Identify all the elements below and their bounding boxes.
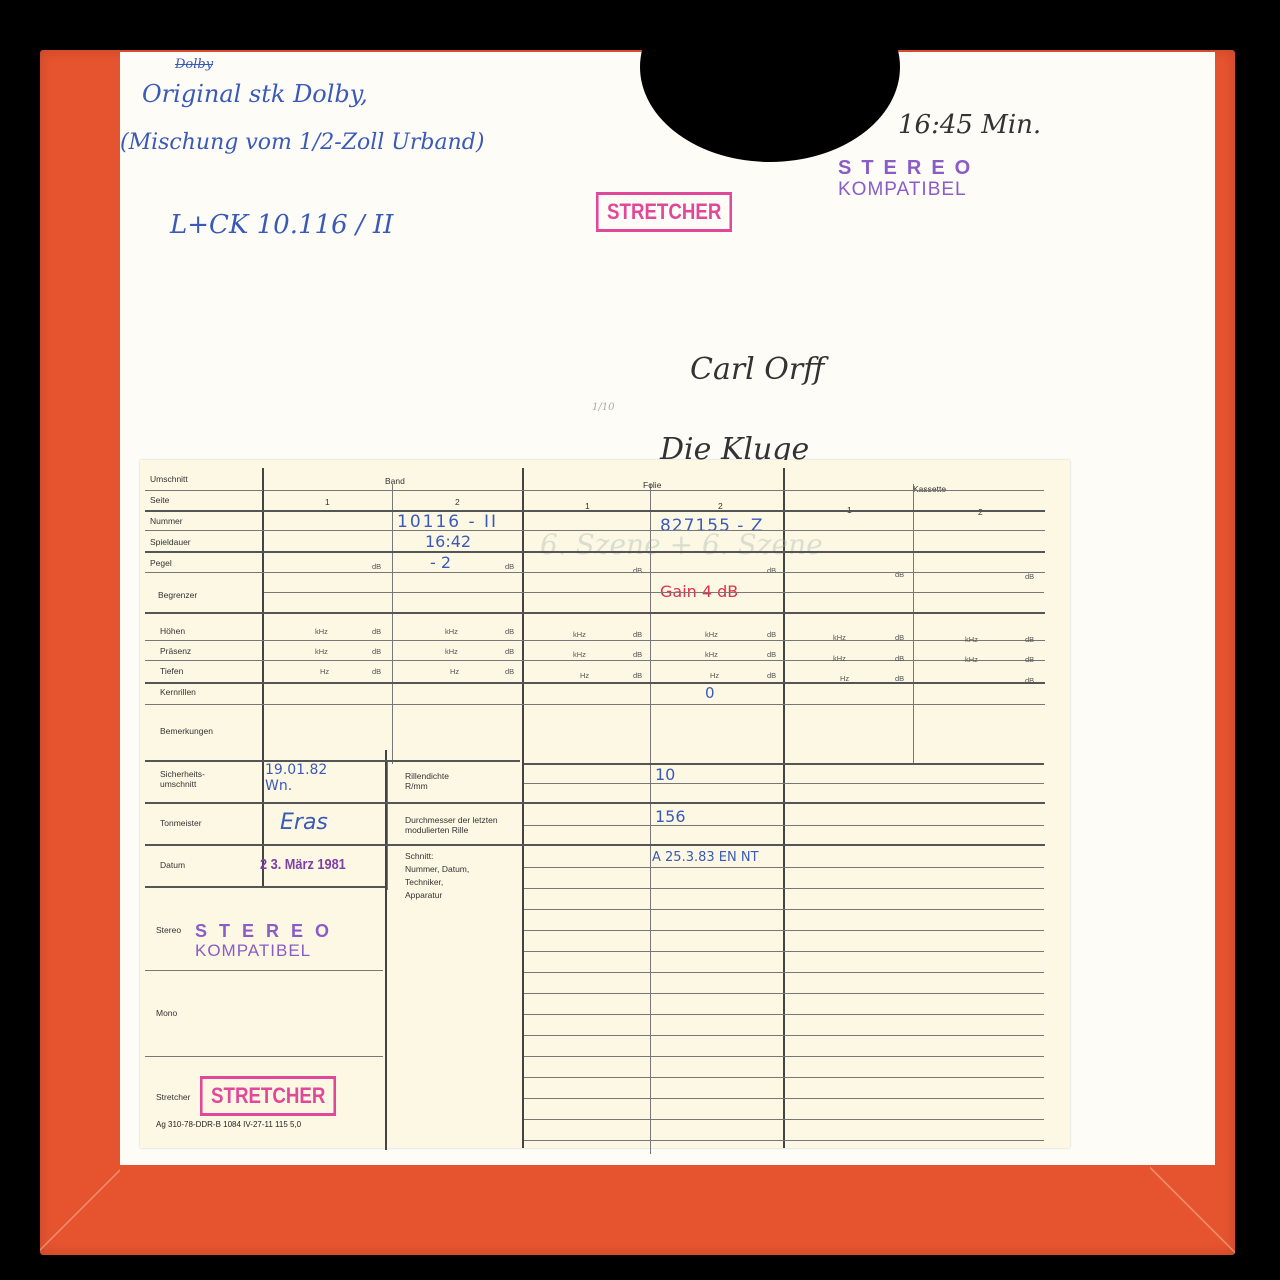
label-schnitt: Schnitt: Nummer, Datum, Techniker, Appar… <box>405 850 469 902</box>
unit-db: dB <box>767 630 776 639</box>
sicherheit-value: 19.01.82 Wn. <box>265 762 327 794</box>
unit-db: dB <box>505 562 514 571</box>
label-stretcher: Stretcher <box>156 1092 191 1102</box>
unit-db: dB <box>895 674 904 683</box>
stereo-kompatibel-stamp: STEREO KOMPATIBEL <box>838 158 980 199</box>
unit-khz: kHz <box>965 655 978 664</box>
kassette-side-2: 2 <box>978 507 983 517</box>
unit-hz: Hz <box>580 671 589 680</box>
label-begrenzer: Begrenzer <box>158 590 197 600</box>
unit-khz: kHz <box>445 647 458 656</box>
unit-db: dB <box>1025 572 1034 581</box>
unit-khz: kHz <box>833 654 846 663</box>
stamp-stereo: STEREO <box>195 922 341 940</box>
unit-db: dB <box>505 627 514 636</box>
recording-form: Umschnitt Band Folie Kassette Seite 1 2 … <box>140 460 1070 1148</box>
band2-spieldauer: 16:42 <box>425 532 471 551</box>
finger-cutout <box>640 0 900 162</box>
folie2-kernrillen: 0 <box>705 684 715 702</box>
label-datum: Datum <box>160 860 185 870</box>
unit-db: dB <box>895 633 904 642</box>
label-seite: Seite <box>150 495 169 505</box>
form-stereo-kompatibel-stamp: STEREO KOMPATIBEL <box>195 922 341 959</box>
stretcher-stamp: STRETCHER <box>596 192 732 232</box>
struck-word: Dolby <box>175 57 213 72</box>
label-kernrillen: Kernrillen <box>160 687 196 697</box>
rillendichte-value: 10 <box>655 765 675 784</box>
unit-db: dB <box>895 654 904 663</box>
unit-db: dB <box>633 566 642 575</box>
unit-khz: kHz <box>705 650 718 659</box>
band-side-1: 1 <box>325 497 330 507</box>
label-tonmeister: Tonmeister <box>160 818 202 828</box>
unit-db: dB <box>633 671 642 680</box>
unit-db: dB <box>372 562 381 571</box>
unit-khz: kHz <box>573 630 586 639</box>
label-nummer: Nummer <box>150 516 183 526</box>
unit-db: dB <box>1025 635 1034 644</box>
label-mono: Mono <box>156 1008 177 1018</box>
durchmesser-value: 156 <box>655 807 686 826</box>
label-spieldauer: Spieldauer <box>150 537 191 547</box>
label-stereo: Stereo <box>156 925 181 935</box>
unit-db: dB <box>1025 676 1034 685</box>
unit-db: dB <box>767 671 776 680</box>
datum-stamp: 2 3. März 1981 <box>260 856 346 873</box>
label-pegel: Pegel <box>150 558 172 568</box>
unit-db: dB <box>505 667 514 676</box>
band2-pegel: - 2 <box>430 553 451 572</box>
label-rillendichte: Rillendichte R/mm <box>405 771 449 791</box>
unit-db: dB <box>372 627 381 636</box>
form-stretcher-stamp: STRETCHER <box>200 1076 336 1116</box>
unit-khz: kHz <box>705 630 718 639</box>
unit-khz: kHz <box>445 627 458 636</box>
unit-khz: kHz <box>315 647 328 656</box>
unit-db: dB <box>767 566 776 575</box>
unit-khz: kHz <box>965 635 978 644</box>
catalog-number: L+CK 10.116 / II <box>170 210 393 240</box>
stamp-kompatibel: KOMPATIBEL <box>838 180 980 199</box>
form-footer-code: Ag 310-78-DDR-B 1084 IV-27-11 115 5,0 <box>156 1120 301 1129</box>
stamp-stereo: STEREO <box>838 158 980 178</box>
unit-db: dB <box>372 647 381 656</box>
stamp-kompatibel: KOMPATIBEL <box>195 942 341 959</box>
label-bemerkungen: Bemerkungen <box>160 726 213 736</box>
note-line1: Original stk Dolby, <box>142 80 368 108</box>
group-folie: Folie <box>643 480 661 490</box>
group-kassette: Kassette <box>913 484 946 494</box>
label-durchmesser: Durchmesser der letzten modulierten Rill… <box>405 815 498 835</box>
faint-bleedthrough: 6. Szene + 6. Szene <box>540 528 823 561</box>
unit-khz: kHz <box>833 633 846 642</box>
unit-hz: Hz <box>840 674 849 683</box>
box-fold-left <box>40 1165 120 1255</box>
group-band: Band <box>385 476 405 486</box>
unit-hz: Hz <box>710 671 719 680</box>
schnitt-value: A 25.3.83 EN NT <box>652 850 759 865</box>
unit-db: dB <box>1025 655 1034 664</box>
band2-nummer: 10116 - II <box>397 512 498 532</box>
band-side-2: 2 <box>455 497 460 507</box>
box-fold-right <box>1150 1165 1235 1255</box>
label-sicherheitsumschnitt: Sicherheits- umschnitt <box>160 769 205 789</box>
unit-db: dB <box>372 667 381 676</box>
duration-note: 16:45 Min. <box>898 110 1041 140</box>
unit-hz: Hz <box>450 667 459 676</box>
tonmeister-signature: Eras <box>280 810 328 835</box>
label-hoehen: Höhen <box>160 626 185 636</box>
unit-hz: Hz <box>320 667 329 676</box>
unit-khz: kHz <box>573 650 586 659</box>
composer-note: Carl Orff <box>690 352 825 387</box>
unit-db: dB <box>633 630 642 639</box>
unit-db: dB <box>767 650 776 659</box>
pencil-mark: 1/10 <box>592 402 614 413</box>
unit-db: dB <box>633 650 642 659</box>
unit-db: dB <box>505 647 514 656</box>
unit-khz: kHz <box>315 627 328 636</box>
note-line2: (Mischung vom 1/2-Zoll Urband) <box>120 130 484 155</box>
label-praesenz: Präsenz <box>160 646 191 656</box>
label-tiefen: Tiefen <box>160 666 183 676</box>
label-umschnitt: Umschnitt <box>150 474 188 484</box>
